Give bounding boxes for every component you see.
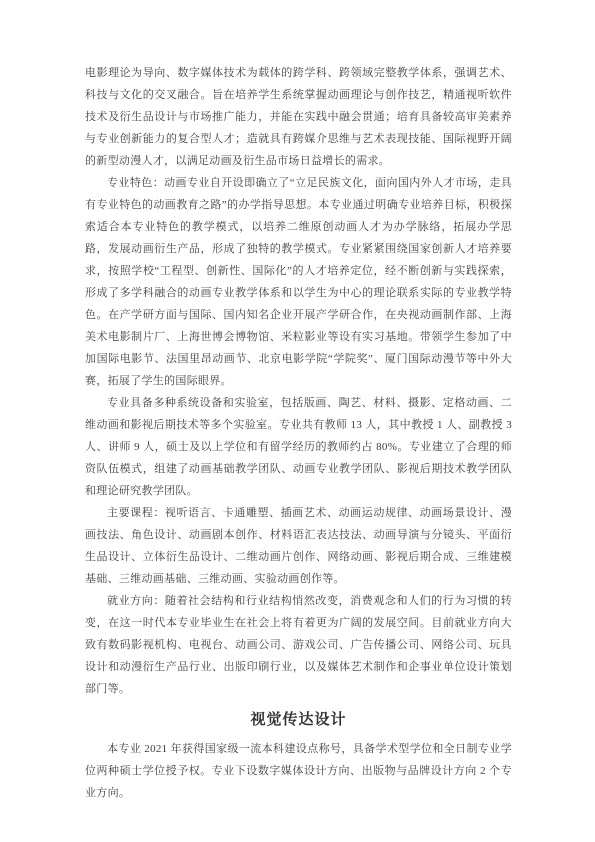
paragraph-career-direction: 就业方向：随着社会结构和行业结构悄然改变，消费观念和人们的行为习惯的转变，在这一… — [85, 590, 512, 700]
paragraph-facilities-faculty: 专业具备多种系统设备和实验室，包括版画、陶艺、材料、摄影、定格动画、二维动画和影… — [85, 392, 512, 502]
paragraph-program-overview-continued: 电影理论为导向、数字媒体技术为载体的跨学科、跨领域完整教学体系，强调艺术、科技与… — [85, 62, 512, 172]
document-page: 电影理论为导向、数字媒体技术为载体的跨学科、跨领域完整教学体系，强调艺术、科技与… — [0, 0, 595, 842]
paragraph-program-features: 专业特色：动画专业自开设即确立了“立足民族文化，面向国内外人才市场，走具有专业特… — [85, 172, 512, 392]
paragraph-visual-communication-intro: 本专业 2021 年获得国家级一流本科建设点称号，具备学术型学位和全日制专业学位… — [85, 738, 512, 804]
section-heading-visual-communication-design: 视觉传达设计 — [85, 709, 512, 731]
paragraph-main-courses: 主要课程：视听语言、卡通雕塑、插画艺术、动画运动规律、动画场景设计、漫画技法、角… — [85, 502, 512, 590]
page-content: 电影理论为导向、数字媒体技术为载体的跨学科、跨领域完整教学体系，强调艺术、科技与… — [85, 62, 512, 804]
